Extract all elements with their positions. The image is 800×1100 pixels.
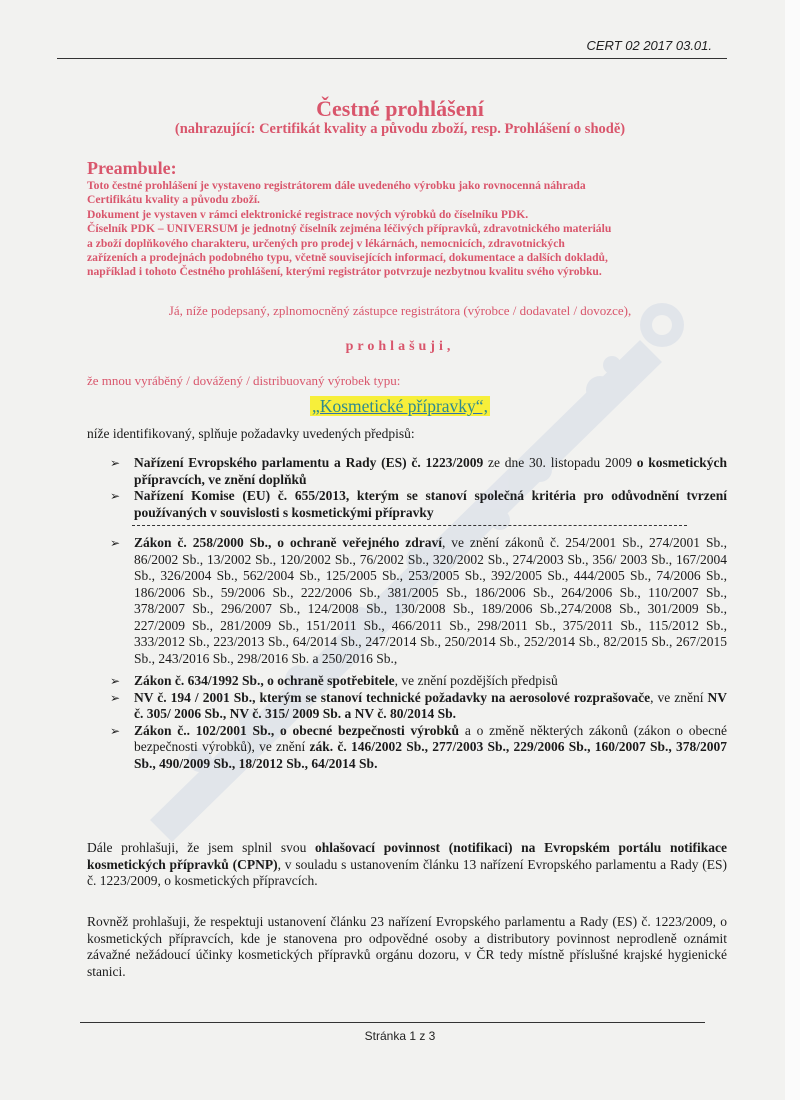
preamble-heading: Preambule: <box>87 158 177 179</box>
document-title: Čestné prohlášení <box>0 96 800 122</box>
regulation-item: ➢ Nařízení Komise (EU) č. 655/2013, kter… <box>110 488 727 521</box>
product-type-highlight: „Kosmetické přípravky“, <box>310 396 490 416</box>
arrow-bullet-icon: ➢ <box>110 690 120 707</box>
page-number: Stránka 1 z 3 <box>0 1029 800 1043</box>
preamble-line: Certifikátu kvality a původu zboží. <box>87 193 727 207</box>
header-rule <box>462 58 727 59</box>
preamble-line: Toto čestné prohlášení je vystaveno regi… <box>87 179 727 193</box>
arrow-bullet-icon: ➢ <box>110 455 120 472</box>
preamble-line: například i tohoto Čestného prohlášení, … <box>87 265 727 279</box>
regulation-item: ➢ NV č. 194 / 2001 Sb., kterým se stanov… <box>110 690 727 723</box>
dashed-separator <box>132 525 687 526</box>
preamble-line: Dokument je vystaven v rámci elektronick… <box>87 208 727 222</box>
arrow-bullet-icon: ➢ <box>110 723 120 740</box>
header-rule <box>57 58 462 59</box>
cz-regulations-list: ➢ Zákon č. 258/2000 Sb., o ochraně veřej… <box>110 535 727 772</box>
preamble-line: a zboží doplňkového charakteru, určených… <box>87 237 727 251</box>
preamble-line: Číselník PDK – UNIVERSUM je jednotný čís… <box>87 222 727 236</box>
page-edge <box>785 0 800 1100</box>
product-type-container: „Kosmetické přípravky“, <box>0 396 800 417</box>
product-type-line: že mnou vyráběný / dovážený / distribuov… <box>87 373 400 389</box>
document-code: CERT 02 2017 03.01. <box>586 38 712 53</box>
notification-paragraph: Dále prohlašuji, že jsem splnil svou ohl… <box>87 840 727 890</box>
adverse-effects-paragraph: Rovněž prohlašuji, že respektuji ustanov… <box>87 914 727 980</box>
preamble-line: zařízeních a prodejnách podobného typu, … <box>87 251 727 265</box>
regulation-item: ➢ Zákon č.. 102/2001 Sb., o obecné bezpe… <box>110 723 727 773</box>
regulation-item: ➢ Nařízení Evropského parlamentu a Rady … <box>110 455 727 488</box>
signatory-line: Já, níže podepsaný, zplnomocněný zástupc… <box>0 303 800 319</box>
declare-word: prohlašuji, <box>0 339 800 355</box>
arrow-bullet-icon: ➢ <box>110 673 120 690</box>
arrow-bullet-icon: ➢ <box>110 535 120 552</box>
document-subtitle: (nahrazující: Certifikát kvality a původ… <box>0 121 800 138</box>
regulation-item: ➢ Zákon č. 258/2000 Sb., o ochraně veřej… <box>110 535 727 667</box>
requirements-intro: níže identifikovaný, splňuje požadavky u… <box>87 426 415 442</box>
arrow-bullet-icon: ➢ <box>110 488 120 505</box>
preamble-text: Toto čestné prohlášení je vystaveno regi… <box>87 179 727 280</box>
regulation-item: ➢ Zákon č. 634/1992 Sb., o ochraně spotř… <box>110 673 727 690</box>
eu-regulations-list: ➢ Nařízení Evropského parlamentu a Rady … <box>110 455 727 521</box>
footer-rule <box>80 1022 705 1023</box>
